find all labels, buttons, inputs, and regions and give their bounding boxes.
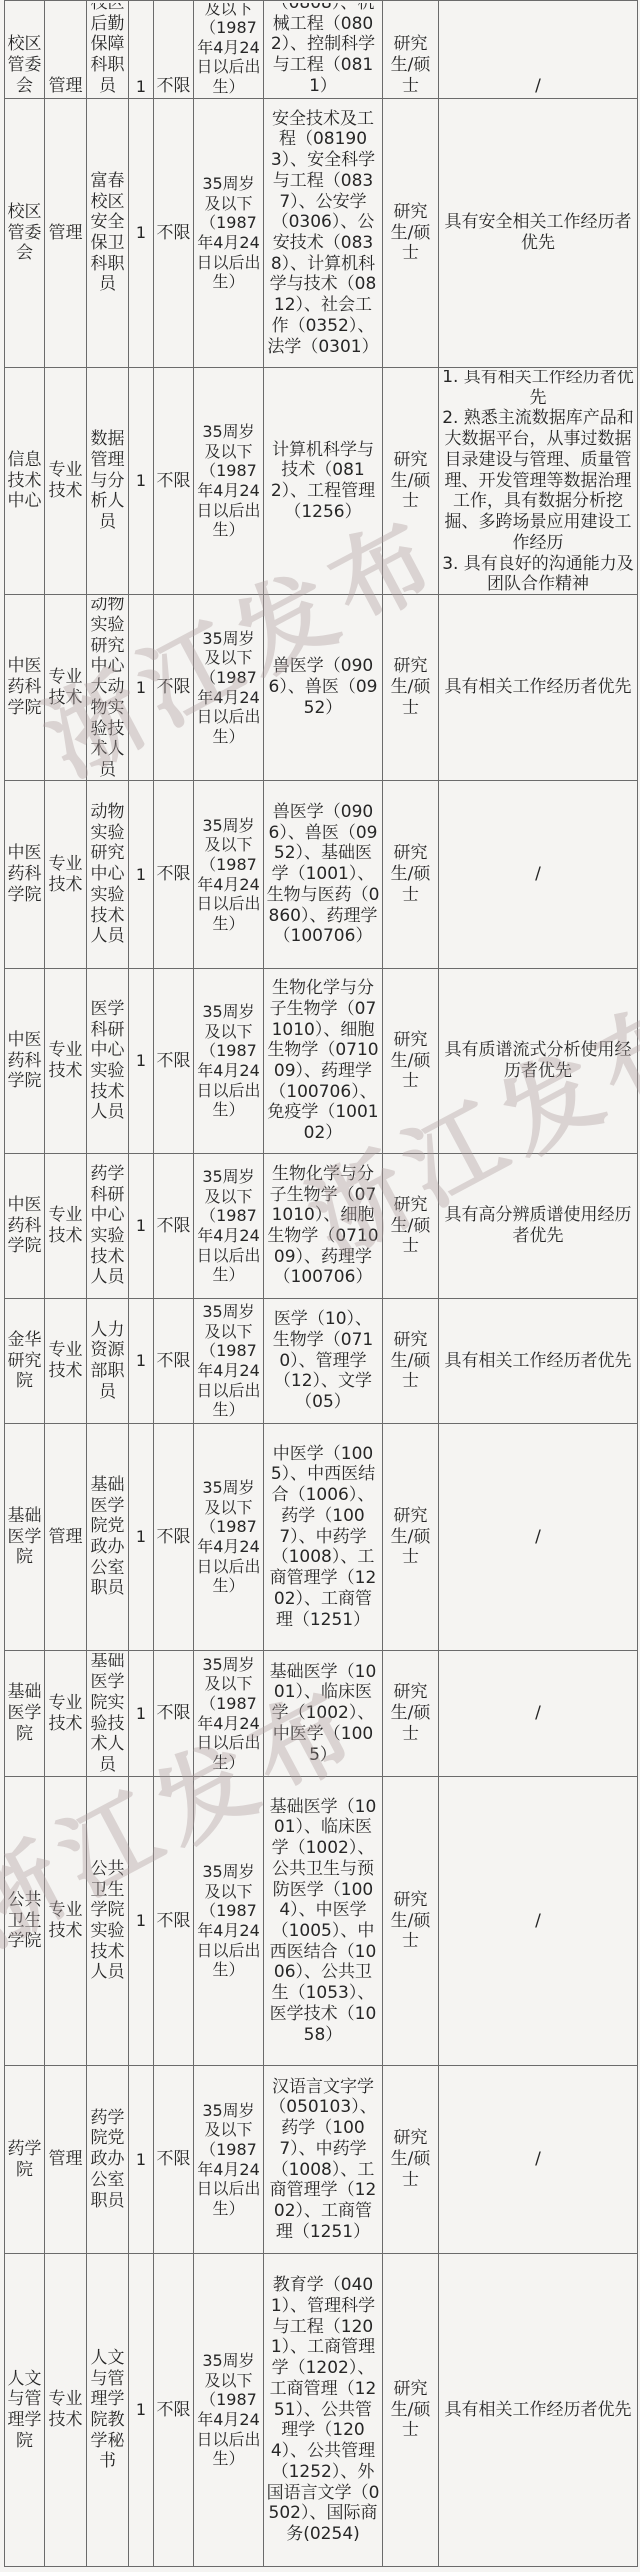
cell-majors: 生物化学与分子生物学（071010）、细胞生物学（071009）、药理学（100… (264, 969, 383, 1154)
cell-notes: 具有相关工作经历者优先 (439, 1299, 638, 1424)
cell-department: 中医药科学院 (5, 969, 45, 1154)
cell-age: 35周岁及以下（1987年4月24日以后出生） (194, 1777, 264, 2066)
cell-position: 基础医学院实验技术人员 (87, 1651, 129, 1777)
cell-household: 不限 (154, 99, 194, 368)
cell-education: 研究生/硕士 (383, 1299, 439, 1424)
cell-post_type: 管理 (45, 1424, 87, 1651)
cell-majors: 生物化学与分子生物学（071010）、细胞生物学（071009）、药理学（100… (264, 1154, 383, 1299)
cell-post_type: 管理 (45, 2066, 87, 2254)
table-row: 校区管委会管理校区后勤保障科职员1不限及以下（1987年4月24日以后出生）（0… (5, 1, 638, 99)
cell-majors: 教育学（0401）、管理科学与工程（1201）、工商管理学（1202）、工商管理… (264, 2254, 383, 2567)
cell-majors: 基础医学（1001）、临床医学（1002）、公共卫生与预防医学（1004）、中医… (264, 1777, 383, 2066)
cell-headcount: 1 (129, 1299, 154, 1424)
cell-department: 中医药科学院 (5, 781, 45, 969)
table-row: 人文与管理学院专业技术人文与管理学院教学秘书1不限35周岁及以下（1987年4月… (5, 2254, 638, 2567)
cell-post_type: 管理 (45, 99, 87, 368)
cell-age: 35周岁及以下（1987年4月24日以后出生） (194, 1154, 264, 1299)
cell-headcount: 1 (129, 969, 154, 1154)
cell-position: 人力资源部职员 (87, 1299, 129, 1424)
cell-majors: 汉语言文字学（050103）、药学（1007）、中药学（1008）、工商管理学（… (264, 2066, 383, 2254)
cell-household: 不限 (154, 1154, 194, 1299)
cell-headcount: 1 (129, 1424, 154, 1651)
cell-headcount: 1 (129, 1777, 154, 2066)
cell-department: 信息技术中心 (5, 368, 45, 595)
cell-education: 研究生/硕士 (383, 969, 439, 1154)
document-page: 校区管委会管理校区后勤保障科职员1不限及以下（1987年4月24日以后出生）（0… (0, 0, 640, 2572)
cell-position: 数据管理与分析人员 (87, 368, 129, 595)
cell-education: 研究生/硕士 (383, 1651, 439, 1777)
table-row: 基础医学院专业技术基础医学院实验技术人员1不限35周岁及以下（1987年4月24… (5, 1651, 638, 1777)
cell-post_type: 专业技术 (45, 368, 87, 595)
cell-department: 药学院 (5, 2066, 45, 2254)
table-row: 公共卫生学院专业技术公共卫生学院实验技术人员1不限35周岁及以下（1987年4月… (5, 1777, 638, 2066)
cell-age: 35周岁及以下（1987年4月24日以后出生） (194, 2254, 264, 2567)
cell-position: 富春校区安全保卫科职员 (87, 99, 129, 368)
cell-age: 35周岁及以下（1987年4月24日以后出生） (194, 1299, 264, 1424)
cell-household: 不限 (154, 781, 194, 969)
cell-age: 35周岁及以下（1987年4月24日以后出生） (194, 2066, 264, 2254)
table-row: 基础医学院管理基础医学院党政办公室职员1不限35周岁及以下（1987年4月24日… (5, 1424, 638, 1651)
cell-notes: 具有质谱流式分析使用经历者优先 (439, 969, 638, 1154)
cell-post_type: 专业技术 (45, 595, 87, 781)
cell-headcount: 1 (129, 1651, 154, 1777)
cell-education: 研究生/硕士 (383, 99, 439, 368)
cell-department: 中医药科学院 (5, 595, 45, 781)
table-row: 药学院管理药学院党政办公室职员1不限35周岁及以下（1987年4月24日以后出生… (5, 2066, 638, 2254)
cell-notes: / (439, 1777, 638, 2066)
cell-household: 不限 (154, 1424, 194, 1651)
cell-education: 研究生/硕士 (383, 368, 439, 595)
cell-majors: 计算机科学与技术（0812）、工程管理（1256） (264, 368, 383, 595)
table-row: 中医药科学院专业技术医学科研中心实验技术人员1不限35周岁及以下（1987年4月… (5, 969, 638, 1154)
cell-majors: 安全技术及工程（081903）、安全科学与工程（0837）、公安学（0306）、… (264, 99, 383, 368)
cell-household: 不限 (154, 595, 194, 781)
cell-education: 研究生/硕士 (383, 2066, 439, 2254)
cell-position: 校区后勤保障科职员 (87, 1, 129, 99)
cell-household: 不限 (154, 368, 194, 595)
cell-headcount: 1 (129, 2066, 154, 2254)
cell-position: 医学科研中心实验技术人员 (87, 969, 129, 1154)
table-row: 中医药科学院专业技术动物实验研究中心大动物实验技术人员1不限35周岁及以下（19… (5, 595, 638, 781)
cell-education: 研究生/硕士 (383, 781, 439, 969)
cell-age: 及以下（1987年4月24日以后出生） (194, 1, 264, 99)
cell-post_type: 专业技术 (45, 1154, 87, 1299)
cell-age: 35周岁及以下（1987年4月24日以后出生） (194, 368, 264, 595)
cell-post_type: 专业技术 (45, 781, 87, 969)
cell-household: 不限 (154, 2254, 194, 2567)
cell-education: 研究生/硕士 (383, 1154, 439, 1299)
cell-household: 不限 (154, 1, 194, 99)
cell-household: 不限 (154, 969, 194, 1154)
cell-position: 人文与管理学院教学秘书 (87, 2254, 129, 2567)
recruitment-table: 校区管委会管理校区后勤保障科职员1不限及以下（1987年4月24日以后出生）（0… (4, 0, 638, 2567)
cell-headcount: 1 (129, 595, 154, 781)
cell-department: 基础医学院 (5, 1651, 45, 1777)
cell-notes: 具有相关工作经历者优先 (439, 2254, 638, 2567)
cell-age: 35周岁及以下（1987年4月24日以后出生） (194, 969, 264, 1154)
cell-age: 35周岁及以下（1987年4月24日以后出生） (194, 781, 264, 969)
cell-notes: 1. 具有相关工作经历者优先 2. 熟悉主流数据库产品和大数据平台，从事过数据目… (439, 368, 638, 595)
cell-household: 不限 (154, 1651, 194, 1777)
cell-notes: / (439, 781, 638, 969)
table-row: 金华研究院专业技术人力资源部职员1不限35周岁及以下（1987年4月24日以后出… (5, 1299, 638, 1424)
cell-department: 人文与管理学院 (5, 2254, 45, 2567)
cell-position: 药学科研中心实验技术人员 (87, 1154, 129, 1299)
cell-department: 公共卫生学院 (5, 1777, 45, 2066)
cell-position: 动物实验研究中心大动物实验技术人员 (87, 595, 129, 781)
cell-education: 研究生/硕士 (383, 1, 439, 99)
cell-household: 不限 (154, 1299, 194, 1424)
cell-headcount: 1 (129, 2254, 154, 2567)
cell-headcount: 1 (129, 99, 154, 368)
cell-education: 研究生/硕士 (383, 2254, 439, 2567)
cell-majors: 兽医学（0906）、兽医（0952） (264, 595, 383, 781)
cell-household: 不限 (154, 2066, 194, 2254)
cell-department: 校区管委会 (5, 99, 45, 368)
cell-headcount: 1 (129, 781, 154, 969)
cell-household: 不限 (154, 1777, 194, 2066)
cell-notes: / (439, 2066, 638, 2254)
table-row: 中医药科学院专业技术动物实验研究中心实验技术人员1不限35周岁及以下（1987年… (5, 781, 638, 969)
cell-notes: 具有安全相关工作经历者优先 (439, 99, 638, 368)
cell-headcount: 1 (129, 1154, 154, 1299)
cell-age: 35周岁及以下（1987年4月24日以后出生） (194, 1651, 264, 1777)
cell-department: 中医药科学院 (5, 1154, 45, 1299)
cell-notes: / (439, 1424, 638, 1651)
cell-position: 公共卫生学院实验技术人员 (87, 1777, 129, 2066)
cell-position: 基础医学院党政办公室职员 (87, 1424, 129, 1651)
table-row: 中医药科学院专业技术药学科研中心实验技术人员1不限35周岁及以下（1987年4月… (5, 1154, 638, 1299)
cell-majors: 基础医学（1001）、临床医学（1002）、中医学（1005） (264, 1651, 383, 1777)
cell-headcount: 1 (129, 368, 154, 595)
cell-notes: 具有相关工作经历者优先 (439, 595, 638, 781)
cell-post_type: 专业技术 (45, 2254, 87, 2567)
table-row: 校区管委会管理富春校区安全保卫科职员1不限35周岁及以下（1987年4月24日以… (5, 99, 638, 368)
cell-post_type: 专业技术 (45, 1299, 87, 1424)
cell-majors: 兽医学（0906）、兽医（0952）、基础医学（1001）、生物与医药（0860… (264, 781, 383, 969)
table-row: 信息技术中心专业技术数据管理与分析人员1不限35周岁及以下（1987年4月24日… (5, 368, 638, 595)
cell-post_type: 专业技术 (45, 969, 87, 1154)
cell-majors: 中医学（1005）、中西医结合（1006）、药学（1007）、中药学（1008）… (264, 1424, 383, 1651)
cell-notes: / (439, 1, 638, 99)
cell-position: 动物实验研究中心实验技术人员 (87, 781, 129, 969)
cell-post_type: 管理 (45, 1, 87, 99)
cell-department: 金华研究院 (5, 1299, 45, 1424)
cell-majors: 医学（10）、生物学（0710）、管理学（12）、文学（05） (264, 1299, 383, 1424)
cell-notes: 具有高分辨质谱使用经历者优先 (439, 1154, 638, 1299)
cell-majors: （0808）、机械工程（0802）、控制科学与工程（0811） (264, 1, 383, 99)
cell-headcount: 1 (129, 1, 154, 99)
cell-post_type: 专业技术 (45, 1777, 87, 2066)
cell-age: 35周岁及以下（1987年4月24日以后出生） (194, 1424, 264, 1651)
cell-education: 研究生/硕士 (383, 1424, 439, 1651)
cell-notes: / (439, 1651, 638, 1777)
cell-department: 基础医学院 (5, 1424, 45, 1651)
cell-position: 药学院党政办公室职员 (87, 2066, 129, 2254)
cell-age: 35周岁及以下（1987年4月24日以后出生） (194, 595, 264, 781)
cell-post_type: 专业技术 (45, 1651, 87, 1777)
cell-education: 研究生/硕士 (383, 595, 439, 781)
cell-department: 校区管委会 (5, 1, 45, 99)
cell-age: 35周岁及以下（1987年4月24日以后出生） (194, 99, 264, 368)
cell-education: 研究生/硕士 (383, 1777, 439, 2066)
